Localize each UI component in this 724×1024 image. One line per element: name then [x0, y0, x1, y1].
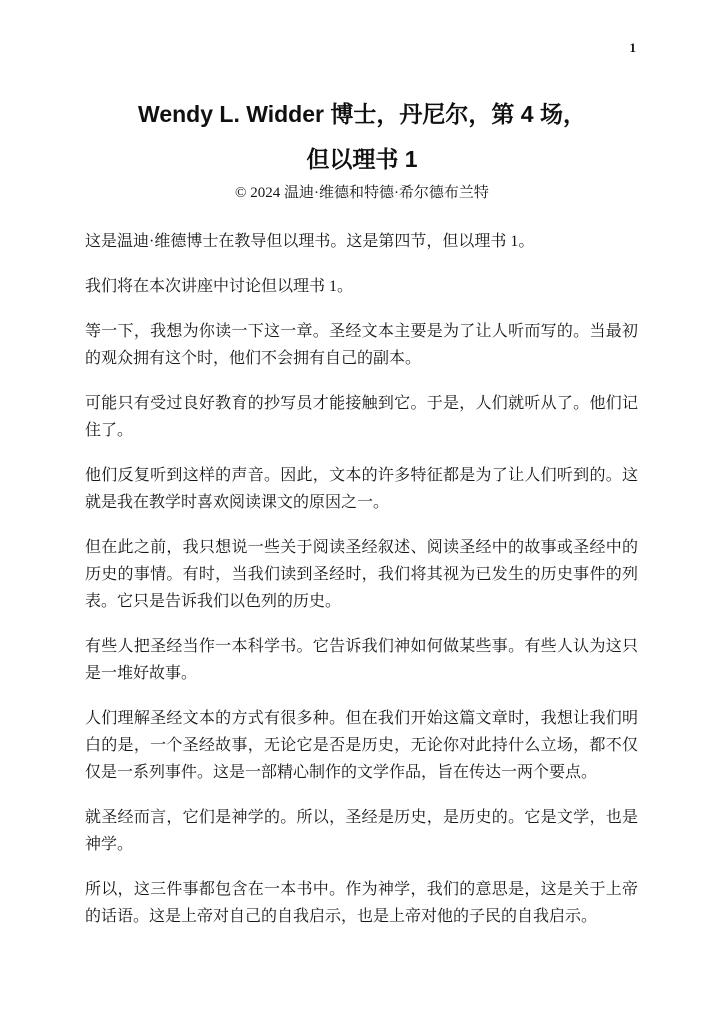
document-title: Wendy L. Widder 博士，丹尼尔，第 4 场， 但以理书 1 — [0, 92, 724, 182]
document-page: 1 Wendy L. Widder 博士，丹尼尔，第 4 场， 但以理书 1 ©… — [0, 0, 724, 1024]
paragraph: 有些人把圣经当作一本科学书。它告诉我们神如何做某些事。有些人认为这只是一堆好故事… — [85, 633, 638, 687]
paragraph: 可能只有受过良好教育的抄写员才能接触到它。于是，人们就听从了。他们记住了。 — [85, 390, 638, 444]
paragraph: 他们反复听到这样的声音。因此，文本的许多特征都是为了让人们听到的。这就是我在教学… — [85, 462, 638, 516]
copyright-line: © 2024 温迪·维德和特德·希尔德布兰特 — [0, 183, 724, 203]
document-title-line-1: Wendy L. Widder 博士，丹尼尔，第 4 场， — [0, 92, 724, 137]
paragraph: 这是温迪·维德博士在教导但以理书。这是第四节，但以理书 1。 — [85, 228, 638, 255]
paragraph: 等一下，我想为你读一下这一章。圣经文本主要是为了让人听而写的。当最初的观众拥有这… — [85, 318, 638, 372]
paragraph: 就圣经而言，它们是神学的。所以，圣经是历史，是历史的。它是文学，也是神学。 — [85, 804, 638, 858]
document-header: Wendy L. Widder 博士，丹尼尔，第 4 场， 但以理书 1 © 2… — [0, 92, 724, 203]
paragraph: 但在此之前，我只想说一些关于阅读圣经叙述、阅读圣经中的故事或圣经中的历史的事情。… — [85, 534, 638, 615]
page-number: 1 — [630, 40, 637, 56]
document-title-line-2: 但以理书 1 — [0, 137, 724, 182]
paragraph: 人们理解圣经文本的方式有很多种。但在我们开始这篇文章时，我想让我们明白的是，一个… — [85, 705, 638, 786]
paragraph: 我们将在本次讲座中讨论但以理书 1。 — [85, 273, 638, 300]
document-body: 这是温迪·维德博士在教导但以理书。这是第四节，但以理书 1。 我们将在本次讲座中… — [0, 228, 724, 930]
paragraph: 所以，这三件事都包含在一本书中。作为神学，我们的意思是，这是关于上帝的话语。这是… — [85, 876, 638, 930]
